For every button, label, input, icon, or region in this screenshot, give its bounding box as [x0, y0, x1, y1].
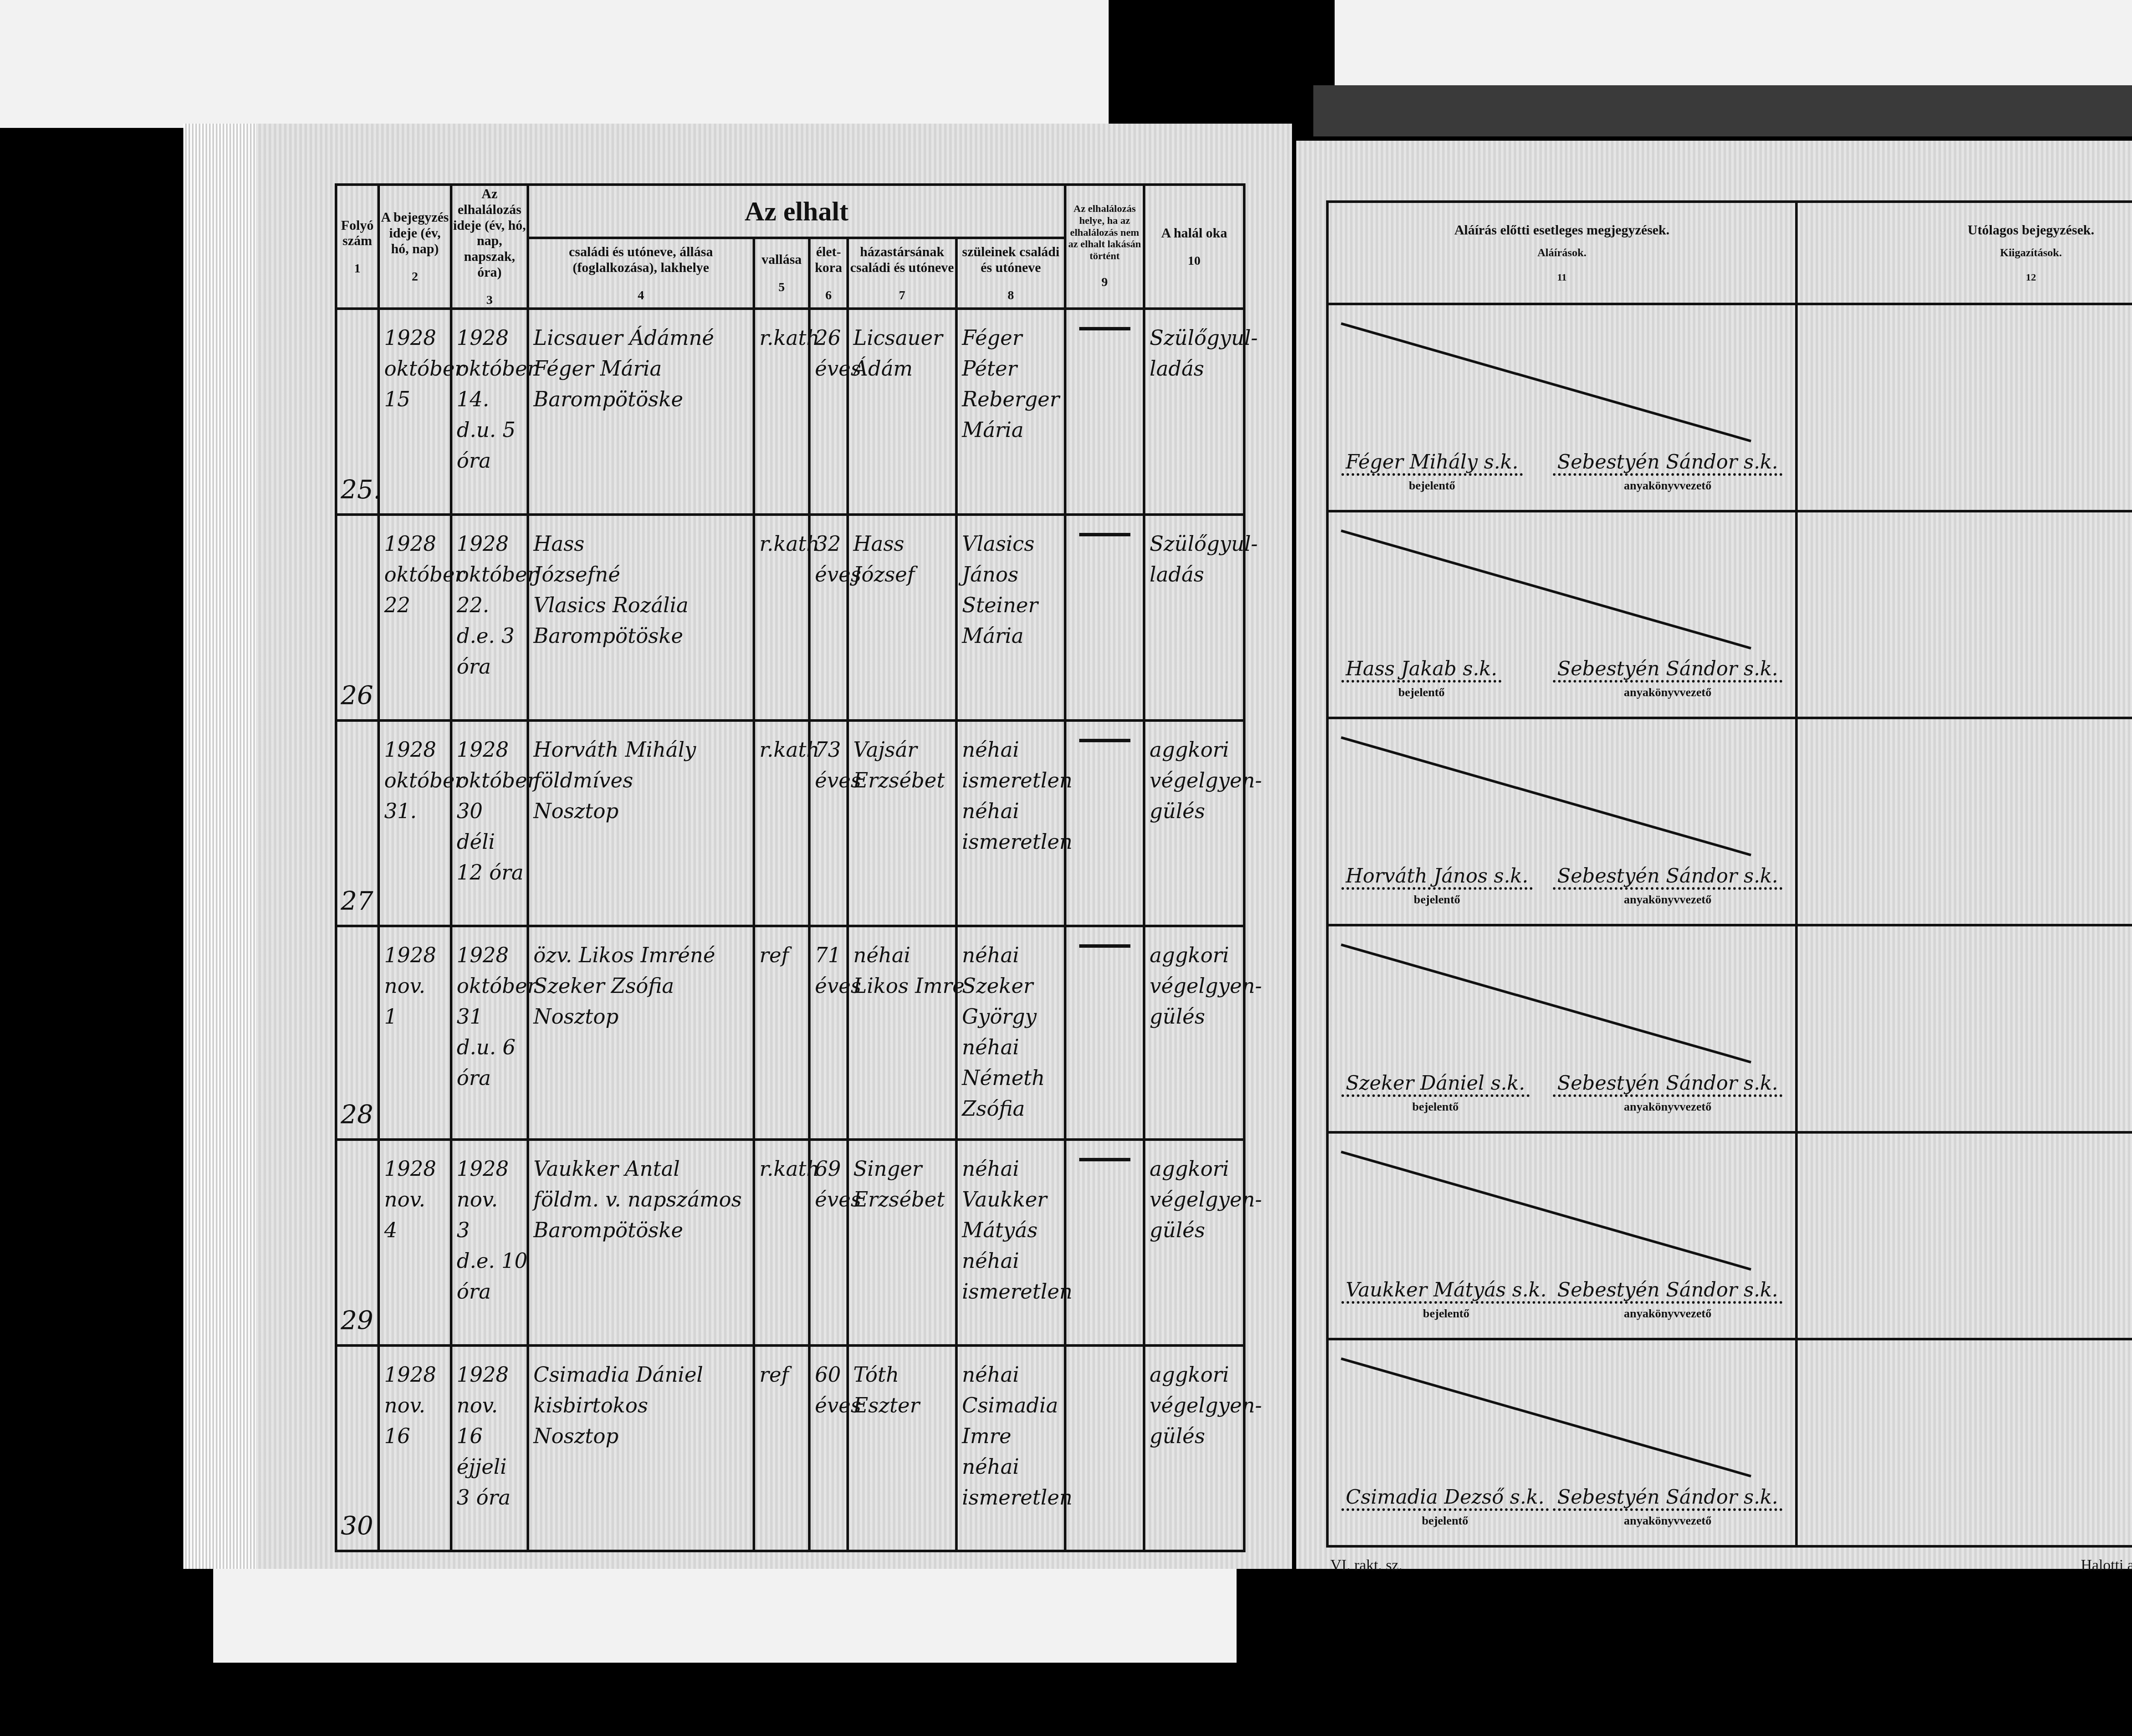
cell-cause: aggkorivégelgyen-gülés: [1144, 1345, 1244, 1551]
reporter-signature: Szeker Dániel s.k. bejelentő: [1341, 1071, 1529, 1114]
dash-mark: [1079, 944, 1130, 948]
cell-parents: néhaiCsimadiaImrenéhaiismeretlen: [956, 1345, 1065, 1551]
cell-cause: Szülőgyul-ladás: [1144, 515, 1244, 720]
cell-religion: r.kath: [754, 1140, 809, 1345]
signature-row: Csimadia Dezső s.k. bejelentő Sebestyén …: [1327, 1339, 2132, 1546]
corrections-cell: [1796, 925, 2132, 1132]
backing-sheet-right: [1335, 0, 2132, 90]
cell-place: [1065, 309, 1144, 515]
col-1-header: Folyó szám1: [336, 185, 379, 309]
dash-mark: [1079, 739, 1130, 742]
corrections-cell: [1796, 718, 2132, 925]
signature-cell: Hass Jakab s.k. bejelentő Sebestyén Sánd…: [1327, 511, 1796, 718]
signature-cell: Féger Mihály s.k. bejelentő Sebestyén Sá…: [1327, 304, 1796, 511]
table-row: 271928október31.1928október30déli12 óraH…: [336, 720, 1244, 926]
table-row: 261928október221928október22.d.e. 3óraHa…: [336, 515, 1244, 720]
cell-cause: Szülőgyul-ladás: [1144, 309, 1244, 515]
cell-no: 29: [336, 1140, 379, 1345]
death-register-table: Folyó szám1 A bejegyzés ideje (év, hó, n…: [335, 183, 1246, 1552]
strike-line: [1341, 736, 1751, 856]
cell-age: 26éves: [809, 309, 848, 515]
cell-death: 1928október30déli12 óra: [451, 720, 528, 926]
cell-place: [1065, 515, 1144, 720]
signature-row: Féger Mihály s.k. bejelentő Sebestyén Sá…: [1327, 304, 2132, 511]
cell-place: [1065, 720, 1144, 926]
cell-place: [1065, 1345, 1144, 1551]
cell-entry: 1928október22: [379, 515, 451, 720]
registrar-signature: Sebestyén Sándor s.k. anyakönyvvezető: [1553, 1278, 1782, 1321]
cell-name: Csimadia DánielkisbirtokosNosztop: [528, 1345, 754, 1551]
cell-parents: VlasicsJánosSteinerMária: [956, 515, 1065, 720]
signature-row: Hass Jakab s.k. bejelentő Sebestyén Sánd…: [1327, 511, 2132, 718]
cell-entry: 1928nov.16: [379, 1345, 451, 1551]
col-10-header: A halál oka10: [1144, 185, 1244, 309]
cell-death: 1928október22.d.e. 3óra: [451, 515, 528, 720]
cell-spouse: SingerErzsébet: [848, 1140, 956, 1345]
cell-parents: néhaiismeretlennéhaiismeretlen: [956, 720, 1065, 926]
cell-religion: r.kath: [754, 720, 809, 926]
cell-cause: aggkorivégelgyen-gülés: [1144, 926, 1244, 1140]
cell-parents: néhaiVaukkerMátyásnéhaiismeretlen: [956, 1140, 1065, 1345]
table-row: 301928nov.161928nov.16éjjeli3 óraCsimadi…: [336, 1345, 1244, 1551]
footer-shelf-number: VI. rakt. sz.: [1330, 1556, 1402, 1574]
strike-line: [1341, 529, 1751, 649]
cell-parents: FégerPéterRebergerMária: [956, 309, 1065, 515]
strike-line: [1341, 1151, 1751, 1270]
cell-spouse: LicsauerÁdám: [848, 309, 956, 515]
cell-place: [1065, 1140, 1144, 1345]
strike-line: [1341, 1357, 1751, 1477]
table-row: 281928nov.11928október31d.u. 6óraözv. Li…: [336, 926, 1244, 1140]
cell-spouse: HassJózsef: [848, 515, 956, 720]
registrar-signature: Sebestyén Sándor s.k. anyakönyvvezető: [1553, 450, 1782, 493]
signature-cell: Horváth János s.k. bejelentő Sebestyén S…: [1327, 718, 1796, 925]
cell-spouse: TóthEszter: [848, 1345, 956, 1551]
cell-name: Licsauer ÁdámnéFéger MáriaBarompötöske: [528, 309, 754, 515]
dash-mark: [1079, 1158, 1130, 1161]
strike-line: [1341, 322, 1751, 442]
col-9-header: Az elhalálozás helye, ha az elhalálozás …: [1065, 185, 1144, 309]
cell-age: 69éves: [809, 1140, 848, 1345]
cell-no: 30: [336, 1345, 379, 1551]
cell-age: 71éves: [809, 926, 848, 1140]
cell-spouse: néhaiLikos Imre: [848, 926, 956, 1140]
cell-no: 26: [336, 515, 379, 720]
cell-death: 1928október14.d.u. 5óra: [451, 309, 528, 515]
cell-parents: néhaiSzekerGyörgynéhaiNémethZsófia: [956, 926, 1065, 1140]
col-2-header: A bejegyzés ideje (év, hó, nap)2: [379, 185, 451, 309]
registrar-signature: Sebestyén Sándor s.k. anyakönyvvezető: [1553, 1485, 1782, 1528]
corrections-cell: [1796, 1132, 2132, 1340]
book-edge: [183, 124, 260, 1569]
signature-row: Vaukker Mátyás s.k. bejelentő Sebestyén …: [1327, 1132, 2132, 1340]
registrar-signature: Sebestyén Sándor s.k. anyakönyvvezető: [1553, 1071, 1782, 1114]
cell-no: 25.: [336, 309, 379, 515]
cell-religion: ref: [754, 926, 809, 1140]
col-5-header: vallása5: [754, 238, 809, 309]
reporter-signature: Vaukker Mátyás s.k. bejelentő: [1341, 1278, 1551, 1321]
cell-entry: 1928október31.: [379, 720, 451, 926]
cell-age: 32éves: [809, 515, 848, 720]
col-6-header: élet-kora6: [809, 238, 848, 309]
cell-name: özv. Likos ImrénéSzeker ZsófiaNosztop: [528, 926, 754, 1140]
dash-mark: [1079, 327, 1130, 330]
corrections-cell: [1796, 304, 2132, 511]
cell-spouse: VajsárErzsébet: [848, 720, 956, 926]
cell-no: 28: [336, 926, 379, 1140]
cell-religion: r.kath: [754, 515, 809, 720]
table-row: 25.1928október151928október14.d.u. 5óraL…: [336, 309, 1244, 515]
signature-cell: Szeker Dániel s.k. bejelentő Sebestyén S…: [1327, 925, 1796, 1132]
col-11-header: Aláírás előtti esetleges megjegyzések. A…: [1327, 202, 1796, 304]
col-4-header: családi és utóneve, állása (foglalkozása…: [528, 238, 754, 309]
backing-sheet-left: [0, 0, 1109, 128]
cell-place: [1065, 926, 1144, 1140]
reporter-signature: Hass Jakab s.k. bejelentő: [1341, 657, 1501, 700]
strike-line: [1341, 943, 1751, 1063]
table-row: 291928nov.41928nov.3d.e. 10óraVaukker An…: [336, 1140, 1244, 1345]
signature-cell: Csimadia Dezső s.k. bejelentő Sebestyén …: [1327, 1339, 1796, 1546]
cell-entry: 1928október15: [379, 309, 451, 515]
col-12-header: Utólagos bejegyzések. Kiigazítások. 12: [1796, 202, 2132, 304]
cell-age: 60éves: [809, 1345, 848, 1551]
cell-death: 1928október31d.u. 6óra: [451, 926, 528, 1140]
reporter-signature: Féger Mihály s.k. bejelentő: [1341, 450, 1523, 493]
reporter-signature: Horváth János s.k. bejelentő: [1341, 864, 1532, 907]
cell-cause: aggkorivégelgyen-gülés: [1144, 1140, 1244, 1345]
signature-row: Horváth János s.k. bejelentő Sebestyén S…: [1327, 718, 2132, 925]
signature-cell: Vaukker Mátyás s.k. bejelentő Sebestyén …: [1327, 1132, 1796, 1340]
group-header-deceased: Az elhalt: [528, 185, 1065, 238]
signature-row: Szeker Dániel s.k. bejelentő Sebestyén S…: [1327, 925, 2132, 1132]
cell-religion: r.kath: [754, 309, 809, 515]
cell-death: 1928nov.3d.e. 10óra: [451, 1140, 528, 1345]
cell-name: HassJózsefnéVlasics RozáliaBarompötöske: [528, 515, 754, 720]
cell-entry: 1928nov.1: [379, 926, 451, 1140]
registrar-signature: Sebestyén Sándor s.k. anyakönyvvezető: [1553, 864, 1782, 907]
cell-age: 73éves: [809, 720, 848, 926]
dash-mark: [1079, 533, 1130, 536]
corrections-cell: [1796, 511, 2132, 718]
col-3-header: Az elhalálozás ideje (év, hó, nap, napsz…: [451, 185, 528, 309]
cell-name: Vaukker Antalföldm. v. napszámosBarompöt…: [528, 1140, 754, 1345]
signatures-table: Aláírás előtti esetleges megjegyzések. A…: [1326, 200, 2132, 1548]
corrections-cell: [1796, 1339, 2132, 1546]
cell-religion: ref: [754, 1345, 809, 1551]
footer-register-type: Halotti anyakönyv.: [2081, 1556, 2132, 1574]
cell-entry: 1928nov.4: [379, 1140, 451, 1345]
registrar-signature: Sebestyén Sándor s.k. anyakönyvvezető: [1553, 657, 1782, 700]
cell-cause: aggkorivégelgyen-gülés: [1144, 720, 1244, 926]
col-8-header: szüleinek családi és utóneve8: [956, 238, 1065, 309]
col-7-header: házastársának családi és utóneve7: [848, 238, 956, 309]
backing-sheet-left-lower: [213, 1556, 1237, 1663]
reporter-signature: Csimadia Dezső s.k. bejelentő: [1341, 1485, 1549, 1528]
cell-death: 1928nov.16éjjeli3 óra: [451, 1345, 528, 1551]
cell-name: Horváth MihályföldmívesNosztop: [528, 720, 754, 926]
cell-no: 27: [336, 720, 379, 926]
binding-band: [1313, 85, 2132, 136]
